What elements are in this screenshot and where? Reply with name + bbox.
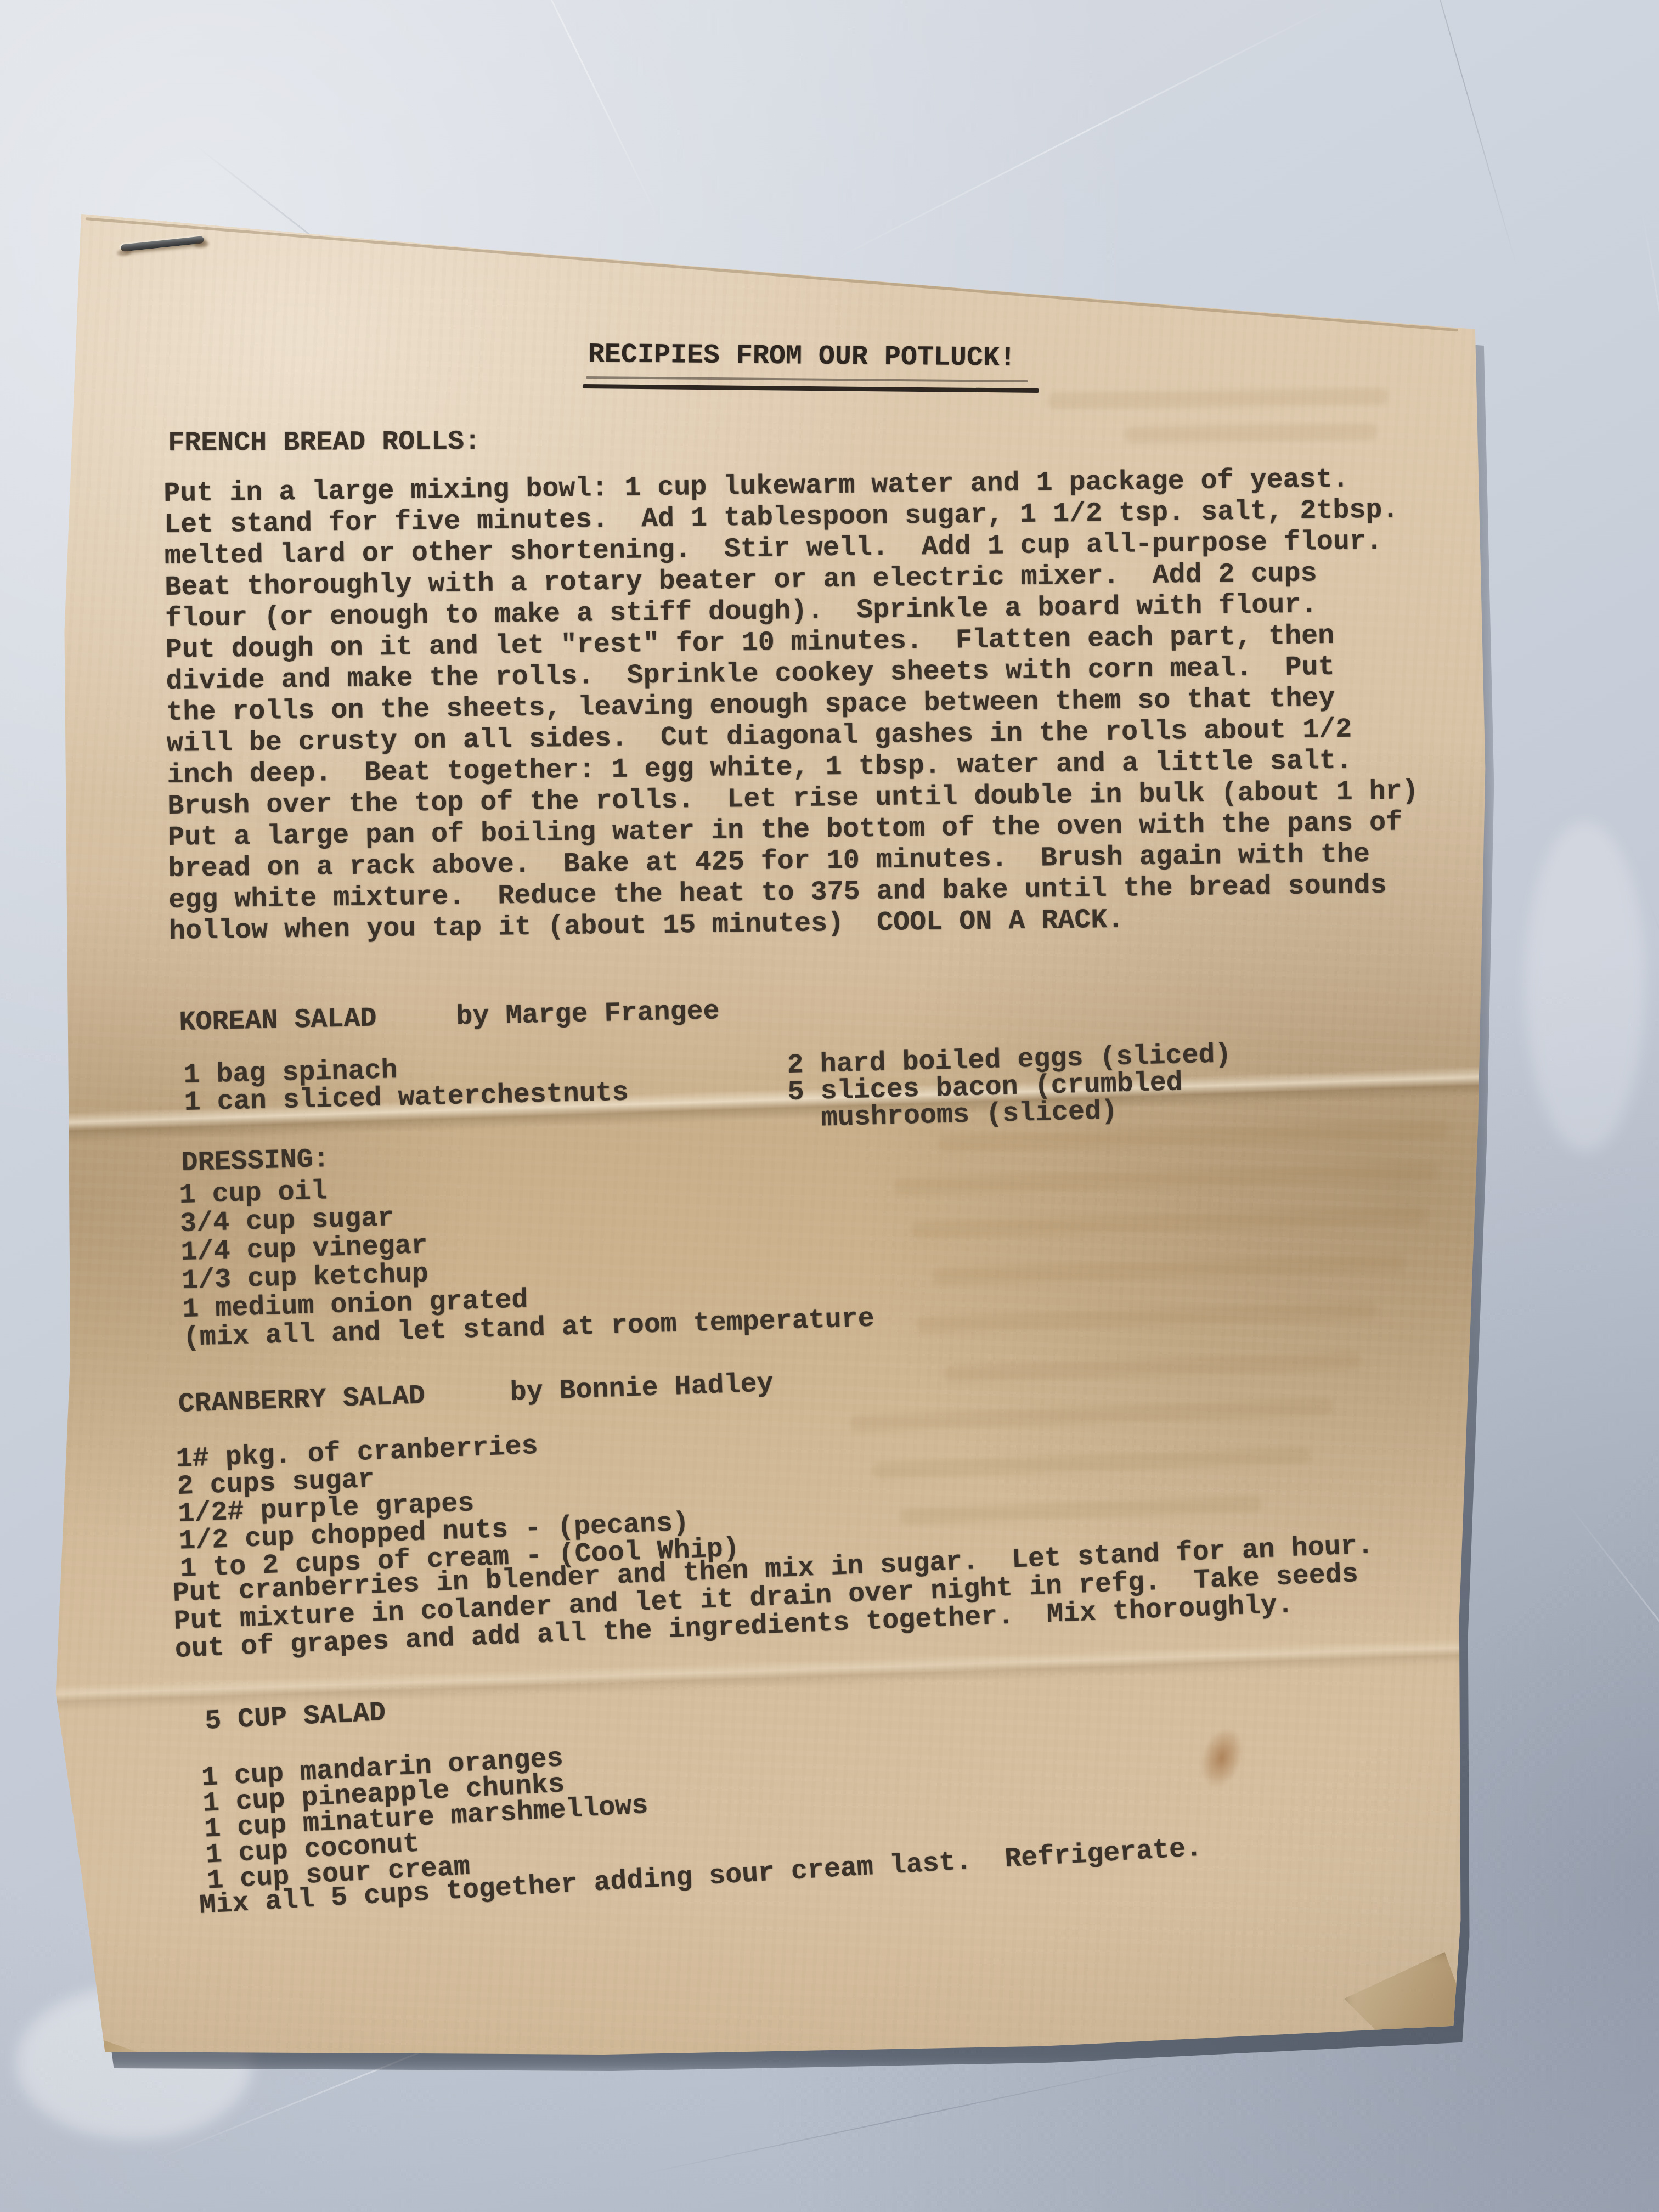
bleed-through-smudge bbox=[944, 1352, 1361, 1383]
bleed-through-smudge bbox=[916, 1302, 1378, 1333]
cranberry-salad-heading: CRANBERRY SALAD bbox=[178, 1380, 426, 1420]
surface-scuff bbox=[1525, 823, 1646, 1152]
surface-scratch bbox=[1401, 0, 1517, 267]
rust-stain bbox=[1193, 1721, 1251, 1794]
korean-salad-byline: by Marge Frangee bbox=[456, 996, 720, 1032]
section-heading-french-bread: FRENCH BREAD ROLLS: bbox=[168, 426, 481, 459]
surface-scratch bbox=[1640, 207, 1659, 694]
surface-scratch bbox=[1565, 1500, 1659, 1847]
surface-scratch bbox=[827, 1, 1341, 264]
french-bread-instructions: Put in a large mixing bowl: 1 cup lukewa… bbox=[163, 463, 1420, 947]
section-heading-cranberry-salad: CRANBERRY SALADby Bonnie Hadley bbox=[178, 1368, 774, 1420]
recipe-page: RECIPIES FROM OUR POTLUCK! FRENCH BREAD … bbox=[38, 208, 1487, 2057]
korean-salad-heading: KOREAN SALAD bbox=[179, 1003, 377, 1039]
photo-background: RECIPIES FROM OUR POTLUCK! FRENCH BREAD … bbox=[0, 0, 1659, 2212]
korean-salad-ingredients-left: 1 bag spinach 1 can sliced waterchestnut… bbox=[183, 1052, 629, 1117]
surface-scratch bbox=[637, 2061, 1174, 2176]
page-title: RECIPIES FROM OUR POTLUCK! bbox=[588, 339, 1017, 374]
section-heading-dressing: DRESSING: bbox=[181, 1144, 330, 1179]
bleed-through-smudge bbox=[1048, 388, 1388, 409]
title-underline bbox=[583, 384, 1039, 393]
surface-scratch bbox=[491, 0, 661, 223]
dressing-ingredients: 1 cup oil 3/4 cup sugar 1/4 cup vinegar … bbox=[179, 1163, 874, 1353]
paper-top-edge bbox=[86, 217, 1458, 331]
bleed-through-smudge bbox=[894, 1163, 1437, 1195]
bleed-through-smudge bbox=[872, 1447, 1312, 1479]
korean-salad-ingredients-right: 2 hard boiled eggs (sliced) 5 slices bac… bbox=[787, 1041, 1233, 1133]
bleed-through-smudge bbox=[1125, 424, 1377, 443]
bleed-through-smudge bbox=[911, 1207, 1426, 1239]
bleed-through-smudge bbox=[933, 1254, 1405, 1284]
surface-scratch bbox=[1647, 900, 1659, 1460]
bleed-through-smudge bbox=[850, 1398, 1334, 1432]
cranberry-salad-byline: by Bonnie Hadley bbox=[510, 1368, 774, 1409]
section-heading-korean-salad: KOREAN SALADby Marge Frangee bbox=[179, 996, 720, 1039]
staple bbox=[121, 236, 205, 252]
bleed-through-smudge bbox=[900, 1496, 1262, 1525]
title-underline bbox=[586, 376, 1028, 382]
